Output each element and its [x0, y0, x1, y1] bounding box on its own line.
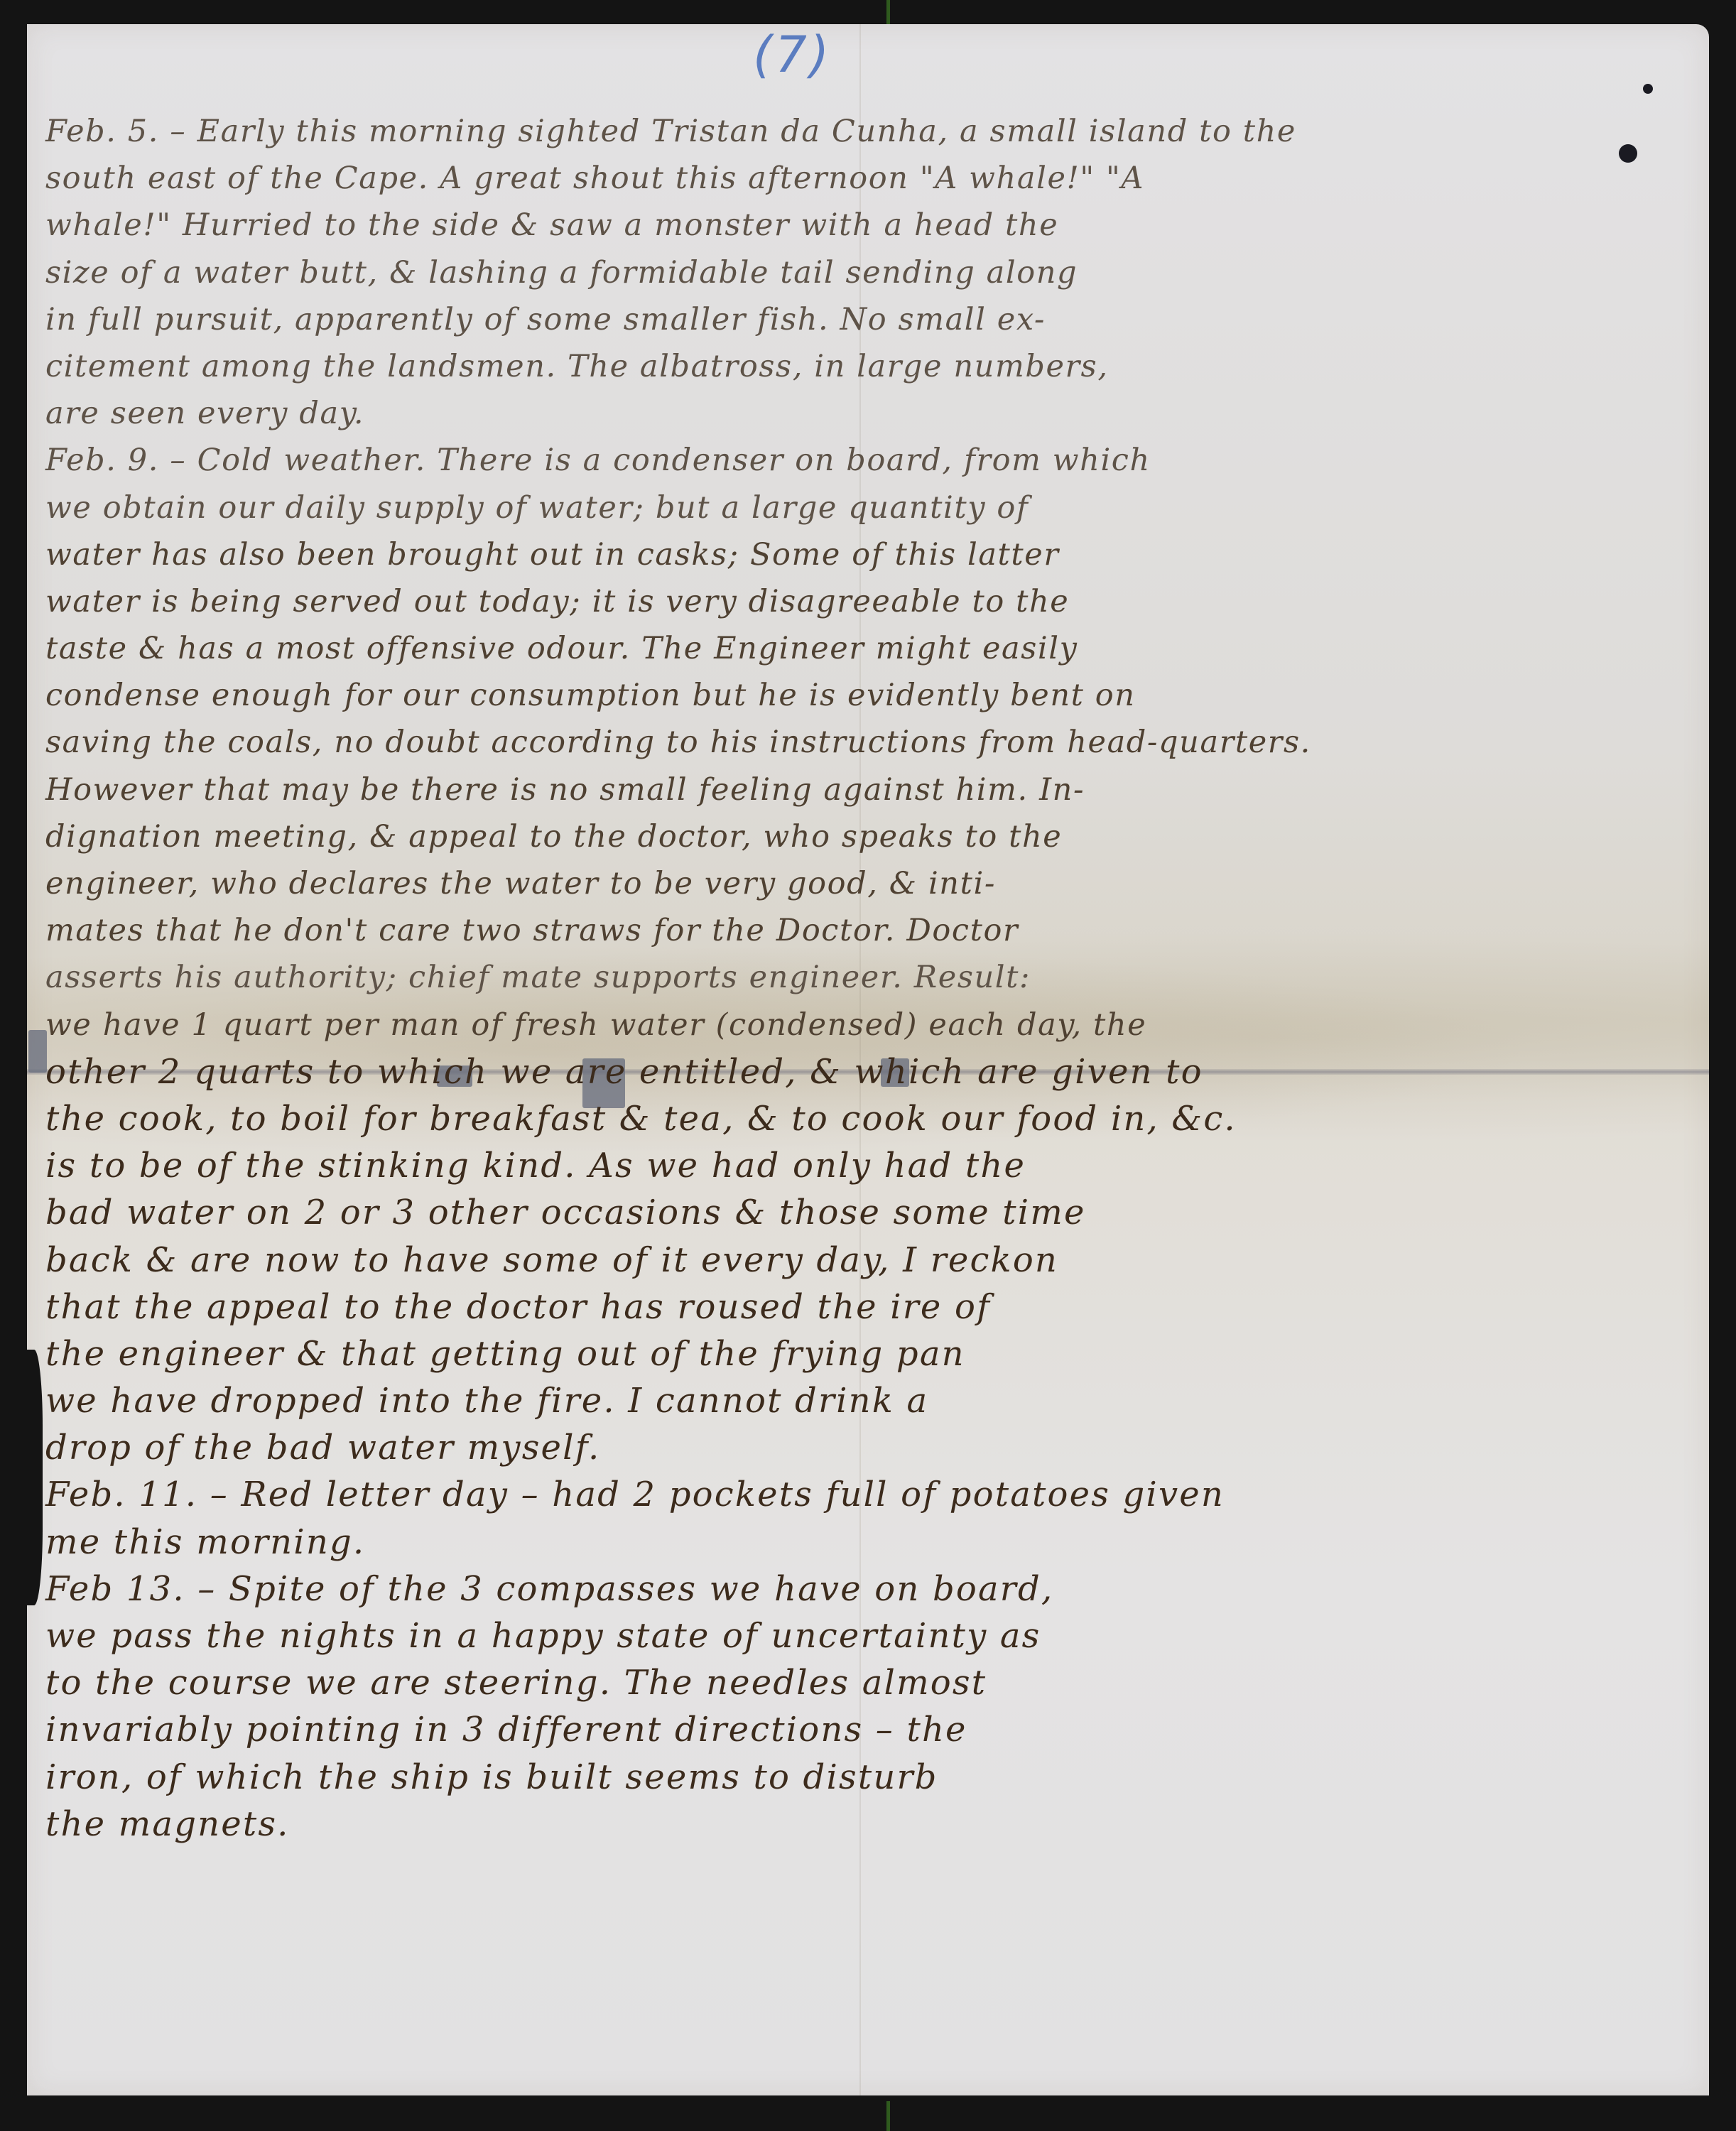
text-line: engineer, who declares the water to be v… [45, 860, 1679, 907]
text-line: south east of the Cape. A great shout th… [45, 155, 1679, 202]
text-line: water is being served out today; it is v… [45, 578, 1679, 625]
text-line: are seen every day. [45, 390, 1679, 437]
page-number-annotation: (7) [753, 26, 832, 84]
text-line: size of a water butt, & lashing a formid… [45, 249, 1679, 296]
text-line: we have 1 quart per man of fresh water (… [45, 1002, 1679, 1048]
text-line: in full pursuit, apparently of some smal… [45, 296, 1679, 343]
text-line: Feb. 11. – Red letter day – had 2 pocket… [45, 1471, 1679, 1518]
text-line: the engineer & that getting out of the f… [45, 1330, 1679, 1377]
text-line: we obtain our daily supply of water; but… [45, 484, 1679, 531]
text-line: iron, of which the ship is built seems t… [45, 1754, 1679, 1801]
text-line: water has also been brought out in casks… [45, 531, 1679, 578]
text-line: Feb. 5. – Early this morning sighted Tri… [45, 108, 1679, 155]
text-line: dignation meeting, & appeal to the docto… [45, 813, 1679, 860]
text-line: Feb 13. – Spite of the 3 compasses we ha… [45, 1566, 1679, 1612]
handwritten-text-body: Feb. 5. – Early this morning sighted Tri… [45, 108, 1679, 1848]
text-line: the cook, to boil for breakfast & tea, &… [45, 1095, 1679, 1142]
text-line: citement among the landsmen. The albatro… [45, 343, 1679, 390]
text-line: However that may be there is no small fe… [45, 766, 1679, 813]
text-line: we have dropped into the fire. I cannot … [45, 1377, 1679, 1424]
text-line: bad water on 2 or 3 other occasions & th… [45, 1189, 1679, 1236]
text-line: drop of the bad water myself. [45, 1424, 1679, 1471]
text-line: whale!" Hurried to the side & saw a mons… [45, 202, 1679, 249]
text-line: to the course we are steering. The needl… [45, 1659, 1679, 1706]
text-line: is to be of the stinking kind. As we had… [45, 1142, 1679, 1189]
text-line: condense enough for our consumption but … [45, 672, 1679, 719]
text-line: asserts his authority; chief mate suppor… [45, 954, 1679, 1001]
paper-repair-mesh [28, 1030, 47, 1073]
text-line: the magnets. [45, 1801, 1679, 1848]
archive-tab-marker [886, 2101, 890, 2131]
text-line: invariably pointing in 3 different direc… [45, 1706, 1679, 1753]
text-line: we pass the nights in a happy state of u… [45, 1612, 1679, 1659]
text-line: mates that he don't care two straws for … [45, 907, 1679, 954]
text-line: me this morning. [45, 1519, 1679, 1566]
text-line: back & are now to have some of it every … [45, 1237, 1679, 1284]
text-line: that the appeal to the doctor has roused… [45, 1284, 1679, 1330]
torn-left-edge [21, 1350, 43, 1605]
text-line: other 2 quarts to which we are entitled,… [45, 1048, 1679, 1095]
text-line: saving the coals, no doubt according to … [45, 719, 1679, 766]
text-line: taste & has a most offensive odour. The … [45, 625, 1679, 672]
ink-blot [1643, 84, 1653, 94]
text-line: Feb. 9. – Cold weather. There is a conde… [45, 437, 1679, 484]
